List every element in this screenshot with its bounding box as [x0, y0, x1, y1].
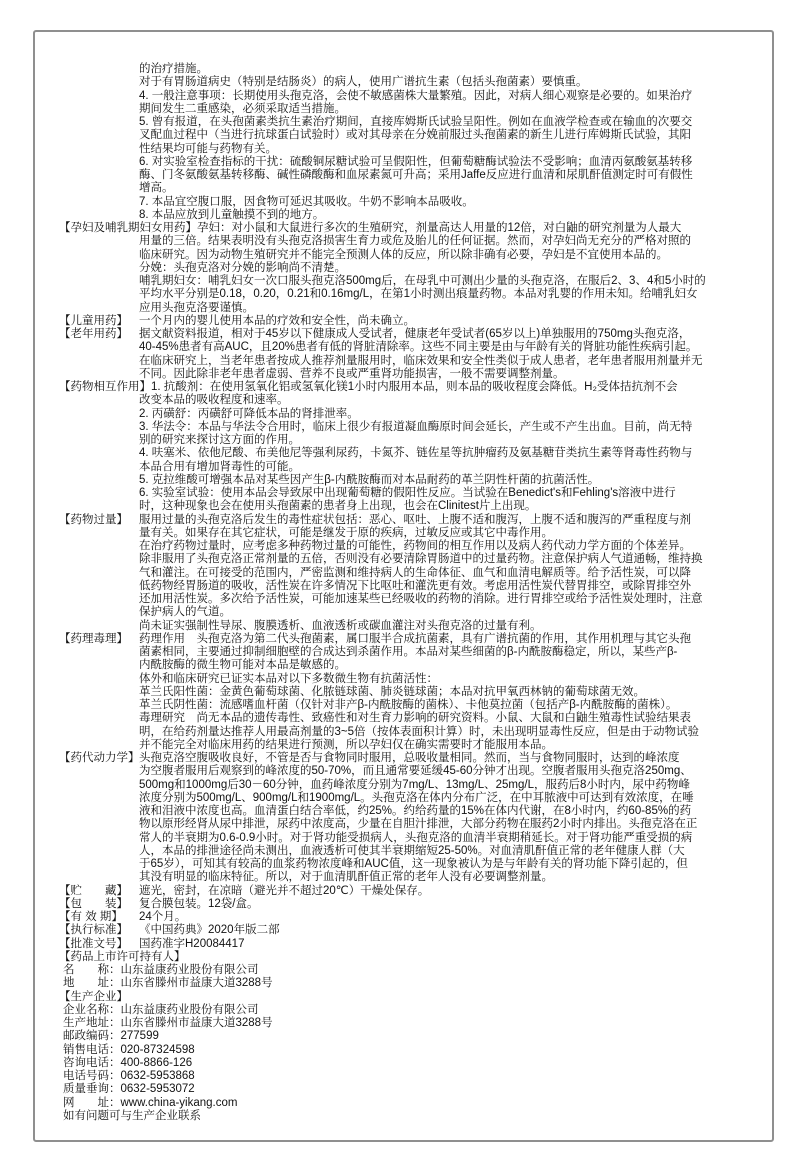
- section-execution-standard: 【执行标准】《中国药典》2020年版二部: [139, 924, 750, 937]
- drug-interactions-label: 【药物相互作用】: [59, 381, 151, 394]
- drug-interactions-text: 1. 抗酸剂：在使用氢氧化铝或氢氧化镁1小时内服用本品，则本品的吸收程度会降低。…: [139, 381, 692, 512]
- pregnancy-nursing-label: 【孕妇及哺乳期妇女用药】: [59, 222, 197, 235]
- pharmacokinetics-label: 【药代动力学】: [59, 752, 139, 765]
- execution-standard-text: 《中国药典》2020年版二部: [139, 924, 280, 936]
- section-validity-period: 【有 效 期】24个月。: [139, 911, 750, 924]
- mah-address-line: 地 址：山东省滕州市益康大道3288号: [63, 977, 750, 990]
- section-pharmacology-toxicology: 【药理毒理】药理作用 头孢克洛为第二代头孢菌素，属口服半合成抗菌素，具有广谱抗菌…: [139, 633, 750, 752]
- manufacturer-sales-tel-line: 销售电话：020-87324598: [63, 1044, 750, 1057]
- precautions-continued-text: 的治疗措施。 对于有胃肠道病史（特别是结肠炎）的病人，使用广谱抗生素（包括头孢菌…: [139, 63, 693, 221]
- storage-text: 遮光，密封，在凉暗（避光并不超过20℃）干燥处保存。: [139, 885, 429, 897]
- manufacturer-address-line: 生产地址：山东省滕州市益康大道3288号: [63, 1017, 750, 1030]
- section-storage: 【贮 藏】遮光，密封，在凉暗（避光并不超过20℃）干燥处保存。: [139, 885, 750, 898]
- pharmacology-toxicology-text: 药理作用 头孢克洛为第二代头孢菌素，属口服半合成抗菌素，具有广谱抗菌的作用，其作…: [139, 633, 699, 751]
- package-insert-page: 的治疗措施。 对于有胃肠道病史（特别是结肠炎）的病人，使用广谱抗生素（包括头孢菌…: [33, 30, 774, 1142]
- mah-label: 【药品上市许可持有人】: [59, 951, 186, 964]
- geriatric-use-label: 【老年用药】: [59, 328, 139, 341]
- pregnancy-nursing-text: 孕妇：对小鼠和大鼠进行多次的生殖研究，剂量高达人用量的12倍，对白鼬的研究剂量为…: [139, 222, 706, 314]
- manufacturer-consult-tel-line: 咨询电话：400-8866-126: [63, 1057, 750, 1070]
- validity-period-text: 24个月。: [139, 911, 186, 923]
- overdose-text: 服用过量的头孢克洛后发生的毒性症状包括：恶心、呕吐、上腹不适和腹泻，上腹不适和腹…: [139, 514, 703, 632]
- section-pregnancy-nursing: 【孕妇及哺乳期妇女用药】孕妇：对小鼠和大鼠进行多次的生殖研究，剂量高达人用量的1…: [139, 222, 750, 315]
- pharmacokinetics-text: 头孢克洛空腹吸收良好，不管是否与食物同时服用，总吸收量相同。然而，当与食物同服时…: [139, 752, 697, 883]
- mah-name-line: 名 称：山东益康药业股份有限公司: [63, 964, 750, 977]
- execution-standard-label: 【执行标准】: [59, 924, 139, 937]
- approval-number-text: 国药准字H20084417: [139, 938, 244, 950]
- storage-label: 【贮 藏】: [59, 885, 139, 898]
- manufacturer-quality-tel-line: 质量垂询：0632-5953072: [63, 1083, 750, 1096]
- geriatric-use-text: 据文献资料报道，相对于45岁以下健康成人受试者，健康老年受试者(65岁以上)单独…: [139, 328, 703, 380]
- manufacturer-label: 【生产企业】: [59, 991, 139, 1004]
- manufacturer-contact-note-line: 如有问题可与生产企业联系: [63, 1110, 750, 1123]
- packaging-text: 复合膜包装。12袋/盒。: [139, 898, 259, 910]
- section-precautions-continued: 的治疗措施。 对于有胃肠道病史（特别是结肠炎）的病人，使用广谱抗生素（包括头孢菌…: [139, 63, 750, 222]
- section-manufacturer: 【生产企业】: [139, 991, 750, 1004]
- section-mah: 【药品上市许可持有人】: [139, 951, 750, 964]
- section-pediatric-use: 【儿童用药】一个月内的婴儿使用本品的疗效和安全性，尚未确立。: [139, 315, 750, 328]
- overdose-label: 【药物过量】: [59, 514, 139, 527]
- validity-period-label: 【有 效 期】: [59, 911, 139, 924]
- section-drug-interactions: 【药物相互作用】1. 抗酸剂：在使用氢氧化铝或氢氧化镁1小时内服用本品，则本品的…: [139, 381, 750, 514]
- manufacturer-zip-line: 邮政编码：277599: [63, 1030, 750, 1043]
- approval-number-label: 【批准文号】: [59, 938, 139, 951]
- section-pharmacokinetics: 【药代动力学】头孢克洛空腹吸收良好，不管是否与食物同时服用，总吸收量相同。然而，…: [139, 752, 750, 885]
- section-packaging: 【包 装】复合膜包装。12袋/盒。: [139, 898, 750, 911]
- section-approval-number: 【批准文号】国药准字H20084417: [139, 938, 750, 951]
- manufacturer-company-line: 企业名称：山东益康药业股份有限公司: [63, 1004, 750, 1017]
- packaging-label: 【包 装】: [59, 898, 139, 911]
- pediatric-use-label: 【儿童用药】: [59, 315, 139, 328]
- pharmacology-toxicology-label: 【药理毒理】: [59, 633, 139, 646]
- manufacturer-tel-line: 电话号码：0632-5953868: [63, 1070, 750, 1083]
- manufacturer-website-line: 网 址：www.china-yikang.com: [63, 1097, 750, 1110]
- pediatric-use-text: 一个月内的婴儿使用本品的疗效和安全性，尚未确立。: [139, 315, 415, 327]
- section-overdose: 【药物过量】服用过量的头孢克洛后发生的毒性症状包括：恶心、呕吐、上腹不适和腹泻，…: [139, 514, 750, 633]
- section-geriatric-use: 【老年用药】据文献资料报道，相对于45岁以下健康成人受试者，健康老年受试者(65…: [139, 328, 750, 381]
